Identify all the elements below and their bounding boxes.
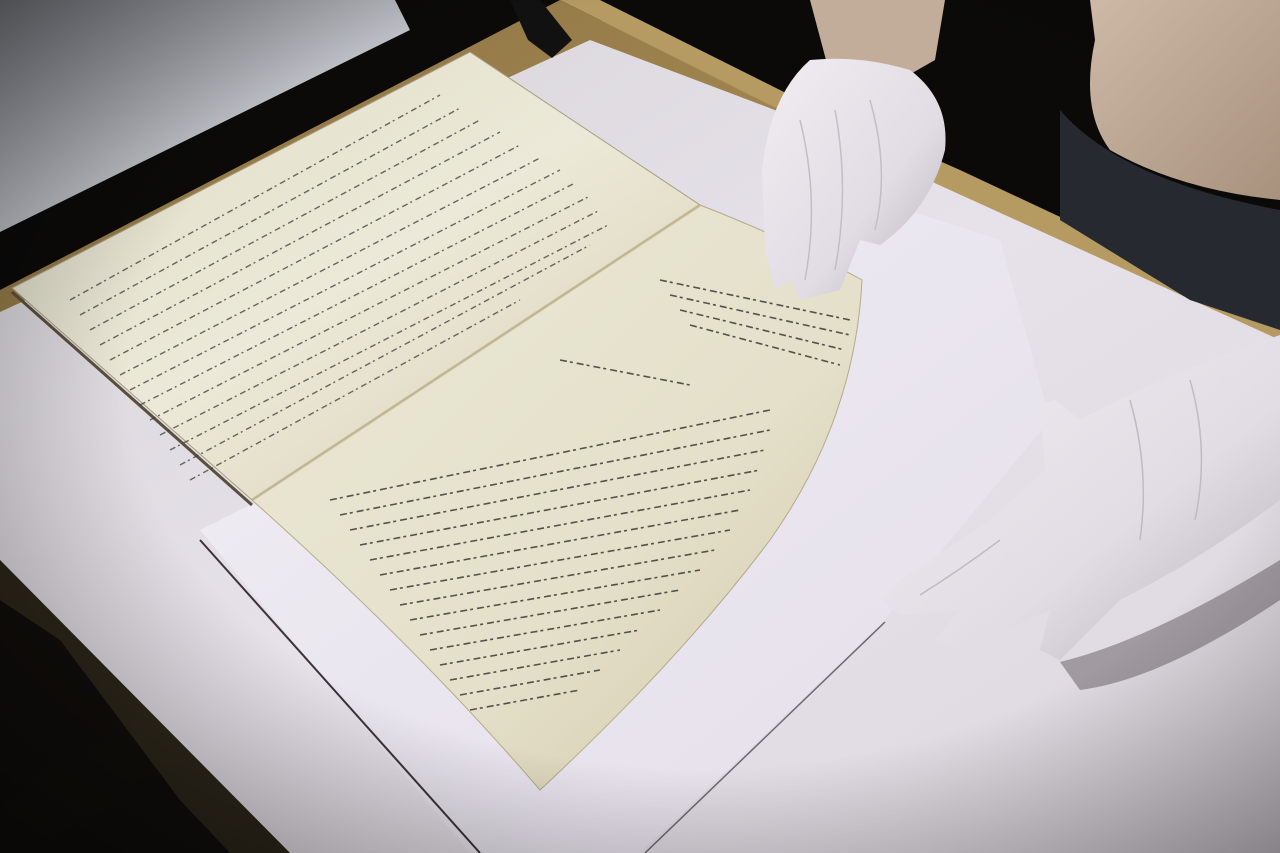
- left-glove: [762, 59, 946, 300]
- photo-scene: [0, 0, 1280, 853]
- person-and-gloves: [0, 0, 1280, 853]
